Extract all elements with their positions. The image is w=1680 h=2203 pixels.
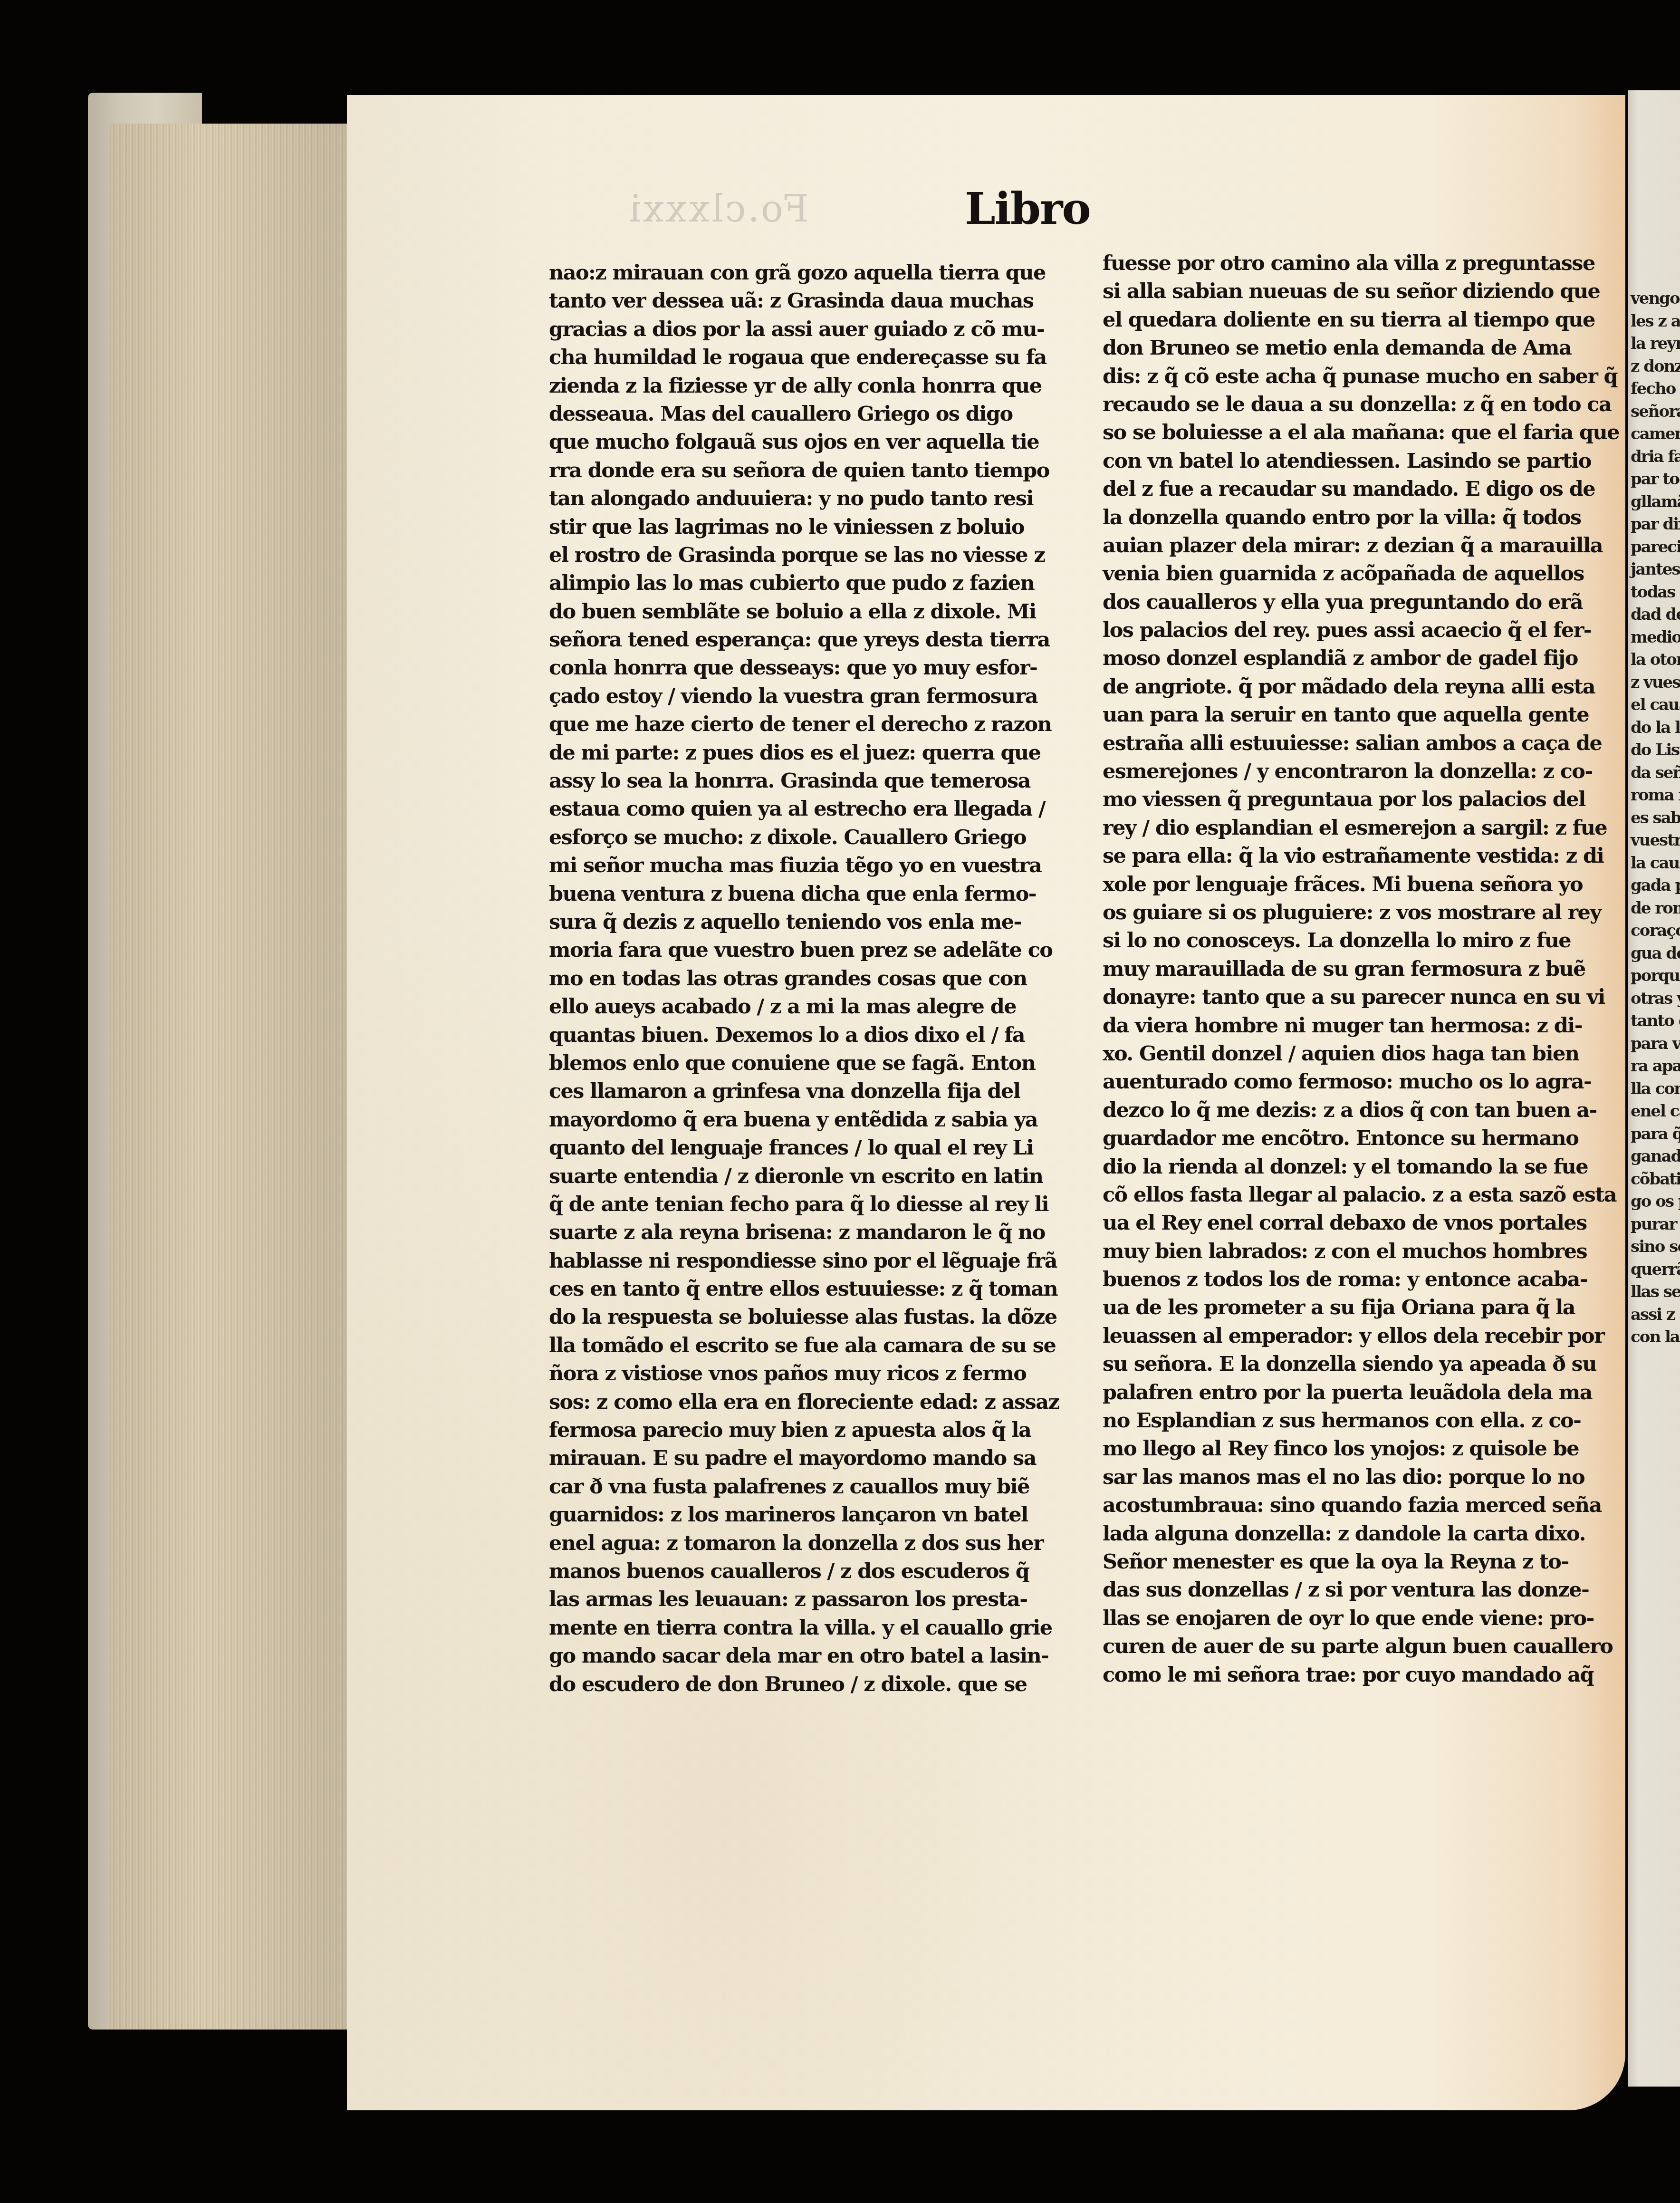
text-line: palafren entro por la puerta leuãdola de… [1103, 1379, 1625, 1407]
text-line: blemos enlo que conuiene que se fagã. En… [549, 1049, 1072, 1077]
text-line: el quedara doliente en su tierra al tiem… [1103, 306, 1625, 334]
text-line: quantas biuen. Dexemos lo a dios dixo el… [549, 1021, 1072, 1049]
text-line: lla tomãdo el escrito se fue ala camara … [549, 1332, 1072, 1360]
text-line: gllamãda de [1631, 491, 1680, 514]
text-line: ñora z vistiose vnos paños muy ricos z f… [549, 1360, 1072, 1388]
facing-recto-page-fragment: vengo. El reyles z a su tio ella reyna z… [1628, 90, 1680, 2087]
text-line: acostumbraua: sino quando fazia merced s… [1103, 1491, 1625, 1520]
text-line: de mi parte: z pues dios es el juez: que… [549, 739, 1072, 767]
text-line: car ð vna fusta palafrenes z cauallos mu… [549, 1473, 1072, 1501]
text-line: dos caualleros y ella yua preguntando do… [1103, 588, 1625, 616]
text-column-right: fuesse por otro camino ala villa z pregu… [1103, 250, 1625, 1689]
text-line: cõbatiere. E [1631, 1168, 1680, 1191]
text-line: el rostro de Grasinda porque se las no v… [549, 541, 1072, 569]
text-line: esforço se mucho: z dixole. Cauallero Gr… [549, 824, 1072, 852]
text-line: manos buenos caualleros / z dos escudero… [549, 1558, 1072, 1586]
text-line: do la respuesta se boluiesse alas fustas… [549, 1303, 1072, 1331]
text-line: purar con tod [1631, 1213, 1680, 1236]
text-line: buenos z todos los de roma: y entonce ac… [1103, 1266, 1625, 1294]
text-line: xo. Gentil donzel / aquien dios haga tan… [1103, 1040, 1625, 1068]
text-line: çado estoy / viendo la vuestra gran ferm… [549, 683, 1072, 711]
text-line: tanto ver dessea uã: z Grasinda daua muc… [549, 287, 1072, 315]
text-line: si alla sabian nueuas de su señor dizien… [1103, 278, 1625, 306]
text-line: gada por la ma [1631, 875, 1680, 897]
text-line: mi señor mucha mas fiuzia tẽgo yo en vue… [549, 852, 1072, 880]
text-line: mo en todas las otras grandes cosas que … [549, 965, 1072, 993]
text-line: da viera hombre ni muger tan hermosa: z … [1103, 1012, 1625, 1040]
text-line: estraña alli estuuiesse: salian ambos a … [1103, 730, 1625, 758]
text-line: quanto del lenguaje frances / lo qual el… [549, 1134, 1072, 1162]
text-line: guardador me encõtro. Entonce su hermano [1103, 1125, 1625, 1153]
text-line: mo viessen q̃ preguntaua por los palacio… [1103, 786, 1625, 814]
text-line: otras yo pued [1631, 988, 1680, 1010]
text-line: desseaua. Mas del cauallero Griego os di… [549, 400, 1072, 428]
text-line: los palacios del rey. pues assi acaecio … [1103, 616, 1625, 645]
text-line: como le mi señora trae: por cuyo mandado… [1103, 1661, 1625, 1689]
text-line: buena ventura z buena dicha que enla fer… [549, 880, 1072, 908]
text-line: par dixole. S [1631, 513, 1680, 536]
text-line: curen de auer de su parte algun buen cau… [1103, 1633, 1625, 1661]
text-line: fermosa parecio muy bien z apuesta alos … [549, 1416, 1072, 1444]
text-line: dria fallar: z s [1631, 446, 1680, 469]
text-line: auian plazer dela mirar: z dezian q̃ a m… [1103, 532, 1625, 560]
facing-page-text: vengo. El reyles z a su tio ella reyna z… [1631, 288, 1680, 1349]
text-line: hablasse ni respondiesse sino por el lẽg… [549, 1247, 1072, 1275]
text-line: jantes cosas e [1631, 558, 1680, 581]
text-line: auenturado como fermoso: mucho os lo agr… [1103, 1068, 1625, 1096]
text-line: da señora de fe [1631, 762, 1680, 785]
text-line: assi z assi el [1631, 1304, 1680, 1327]
text-line: ua el Rey enel corral debaxo de vnos por… [1103, 1209, 1625, 1237]
text-line: go mando sacar dela mar en otro batel a … [549, 1642, 1072, 1670]
text-line: fuesse por otro camino ala villa z pregu… [1103, 250, 1625, 278]
text-line: nao:z mirauan con grã gozo aquella tierr… [549, 259, 1072, 287]
text-line: so se boluiesse a el ala mañana: que el … [1103, 419, 1625, 447]
text-line: ces llamaron a grinfesa vna donzella fij… [549, 1077, 1072, 1106]
text-line: sos: z como ella era en floreciente edad… [549, 1388, 1072, 1416]
text-line: ra apareiese a [1631, 1055, 1680, 1078]
text-line: uan para la seruir en tanto que aquella … [1103, 701, 1625, 729]
text-line: llas se cõbat [1631, 1281, 1680, 1304]
text-line: dis: z q̃ cõ este acha q̃ punase mucho e… [1103, 363, 1625, 391]
text-line: señoras / assi a [1631, 401, 1680, 423]
text-line: es saber mi se [1631, 807, 1680, 830]
text-line: muy bien labrados: z con el muchos hombr… [1103, 1238, 1625, 1266]
text-line: suarte z ala reyna brisena: z mandaron l… [549, 1219, 1072, 1247]
text-line: enel campo vn [1631, 1100, 1680, 1123]
text-column-left: nao:z mirauan con grã gozo aquella tierr… [549, 259, 1072, 1699]
text-line: os guiare si os pluguiere: z vos mostrar… [1103, 899, 1625, 927]
text-line: lla con el caua [1631, 1078, 1680, 1101]
text-line: de angriote. q̃ por mãdado dela reyna al… [1103, 673, 1625, 701]
text-line: la donzella quando entro por la villa: q… [1103, 504, 1625, 532]
text-line: conla honrra que desseays: que yo muy es… [549, 654, 1072, 682]
text-line: go os plaze q̃ [1631, 1191, 1680, 1213]
running-head: Libro [965, 183, 1090, 234]
text-line: assy lo sea la honrra. Grasinda que teme… [549, 767, 1072, 795]
text-line: dad del rey z v [1631, 604, 1680, 626]
text-line: ello aueys acabado / z a mi la mas alegr… [549, 993, 1072, 1021]
text-line: de romania: as [1631, 897, 1680, 920]
text-line: estaua como quien ya al estrecho era lle… [549, 795, 1072, 823]
text-line: z vuestra corte [1631, 672, 1680, 694]
text-line: stir que las lagrimas no le viniessen z … [549, 513, 1072, 541]
text-line: medio q̃ en otr [1631, 626, 1680, 649]
text-line: para q̃ el venc [1631, 1123, 1680, 1146]
text-line: ganado aquel [1631, 1145, 1680, 1168]
text-line: dezco lo q̃ me dezis: z a dios q̃ con ta… [1103, 1097, 1625, 1125]
text-line: sura q̃ dezis z aquello teniendo vos enl… [549, 908, 1072, 936]
text-line: esmerejones / y encontraron la donzella:… [1103, 758, 1625, 786]
text-line: no Esplandian z sus hermanos con ella. z… [1103, 1407, 1625, 1435]
text-line: Señor menester es que la oya la Reyna z … [1103, 1548, 1625, 1576]
text-line: zienda z la fiziesse yr de ally conla ho… [549, 372, 1072, 400]
text-line: rey / dio esplandian el esmerejon a sarg… [1103, 814, 1625, 842]
text-line: porque con el v [1631, 965, 1680, 988]
text-line: con vn batel lo atendiessen. Lasindo se … [1103, 447, 1625, 475]
text-line: cha humildad le rogaua que endereçasse s… [549, 344, 1072, 372]
text-line: que me haze cierto de tener el derecho z… [549, 711, 1072, 739]
text-line: rra donde era su señora de quien tanto t… [549, 457, 1072, 485]
text-line: lada alguna donzella: z dandole la carta… [1103, 1520, 1625, 1548]
text-line: suarte entendia / z dieronle vn escrito … [549, 1163, 1072, 1191]
text-line: mayordomo q̃ era buena y entẽdida z sabi… [549, 1106, 1072, 1134]
text-line: pareciere nos [1631, 536, 1680, 559]
text-line: sar las manos mas el no las dio: porque … [1103, 1463, 1625, 1491]
text-line: leuassen al emperador: y ellos dela rece… [1103, 1322, 1625, 1350]
text-line: z donzellas qu [1631, 356, 1680, 378]
text-line: alimpio las lo mas cubierto que pudo z f… [549, 569, 1072, 597]
text-line: del z fue a recaudar su mandado. E digo … [1103, 475, 1625, 503]
text-line: vengo. El rey [1631, 288, 1680, 310]
text-line: la reyna z traj [1631, 333, 1680, 356]
text-line: do Lisuarte rey [1631, 739, 1680, 762]
text-line: vuestra tierra a [1631, 829, 1680, 852]
text-line: mente en tierra contra la villa. y el ca… [549, 1614, 1072, 1642]
text-line: par todas las [1631, 468, 1680, 491]
text-line: do escudero de don Bruneo / z dixole. qu… [549, 1671, 1072, 1699]
text-line: enel agua: z tomaron la donzella z dos s… [549, 1530, 1072, 1558]
text-line: su señora. E la donzella siendo ya apead… [1103, 1350, 1625, 1378]
text-line: las armas les leuauan: z passaron los pr… [549, 1586, 1072, 1614]
text-line: roma manda b [1631, 784, 1680, 807]
text-line: ua de les prometer a su fija Oriana para… [1103, 1294, 1625, 1322]
text-line: les z a su tio el [1631, 310, 1680, 333]
text-line: que mucho folgauã sus ojos en ver aquell… [549, 428, 1072, 456]
text-line: todas las del r [1631, 581, 1680, 604]
text-line: sino solamen [1631, 1236, 1680, 1259]
text-line: la causa dello [1631, 852, 1680, 875]
text-line: mo llego al Rey finco los ynojos: z quis… [1103, 1435, 1625, 1463]
text-line: el cauallero G [1631, 694, 1680, 717]
text-line: la otorgad lo c [1631, 649, 1680, 672]
text-line: venia bien guarnida z acõpañada de aquel… [1103, 560, 1625, 588]
text-line: con la se [1631, 1326, 1680, 1349]
text-line: gua de quãta [1631, 943, 1680, 965]
text-line: do buen semblãte se boluio a ella z dixo… [549, 598, 1072, 626]
text-line: fecho que la re [1631, 378, 1680, 401]
text-line: cõ ellos fasta llegar al palacio. z a es… [1103, 1181, 1625, 1209]
text-line: querrã auer [1631, 1259, 1680, 1281]
text-line: guarnidos: z los marineros lançaron vn b… [549, 1501, 1072, 1529]
text-line: tan alongado anduuiera: y no pudo tanto … [549, 485, 1072, 513]
text-line: coraçon tan le [1631, 920, 1680, 943]
text-line: xole por lenguaje frãces. Mi buena señor… [1103, 871, 1625, 899]
text-line: camente qual [1631, 423, 1680, 446]
text-line: gracias a dios por la assi auer guiado z… [549, 316, 1072, 344]
text-line: das sus donzellas / z si por ventura las… [1103, 1576, 1625, 1604]
text-line: muy marauillada de su gran fermosura z b… [1103, 955, 1625, 983]
text-line: para vuestras [1631, 1033, 1680, 1056]
text-line: donayre: tanto que a su parecer nunca en… [1103, 983, 1625, 1011]
text-line: don Bruneo se metio enla demanda de Ama [1103, 334, 1625, 362]
text-line: ces en tanto q̃ entre ellos estuuiesse: … [549, 1275, 1072, 1303]
text-line: mirauan. E su padre el mayordomo mando s… [549, 1444, 1072, 1472]
text-line: tanto desseo. z [1631, 1010, 1680, 1033]
page-block-fore-edge [109, 124, 347, 2030]
text-line: se para ella: q̃ la vio estrañamente ves… [1103, 842, 1625, 870]
text-line: do la leer z dez [1631, 717, 1680, 740]
text-line: recaudo se le daua a su donzella: z q̃ e… [1103, 391, 1625, 419]
text-line: dio la rienda al donzel: y el tomando la… [1103, 1153, 1625, 1181]
text-line: llas se enojaren de oyr lo que ende vien… [1103, 1605, 1625, 1633]
text-line: si lo no conosceys. La donzella lo miro … [1103, 927, 1625, 955]
text-line: moso donzel esplandiã z ambor de gadel f… [1103, 645, 1625, 673]
show-through-folio-number: Fo.clxxxi [627, 188, 809, 231]
text-line: señora tened esperança: que yreys desta … [549, 626, 1072, 654]
text-line: q̃ de ante tenian fecho para q̃ lo diess… [549, 1191, 1072, 1219]
text-line: moria fara que vuestro buen prez se adel… [549, 936, 1072, 964]
